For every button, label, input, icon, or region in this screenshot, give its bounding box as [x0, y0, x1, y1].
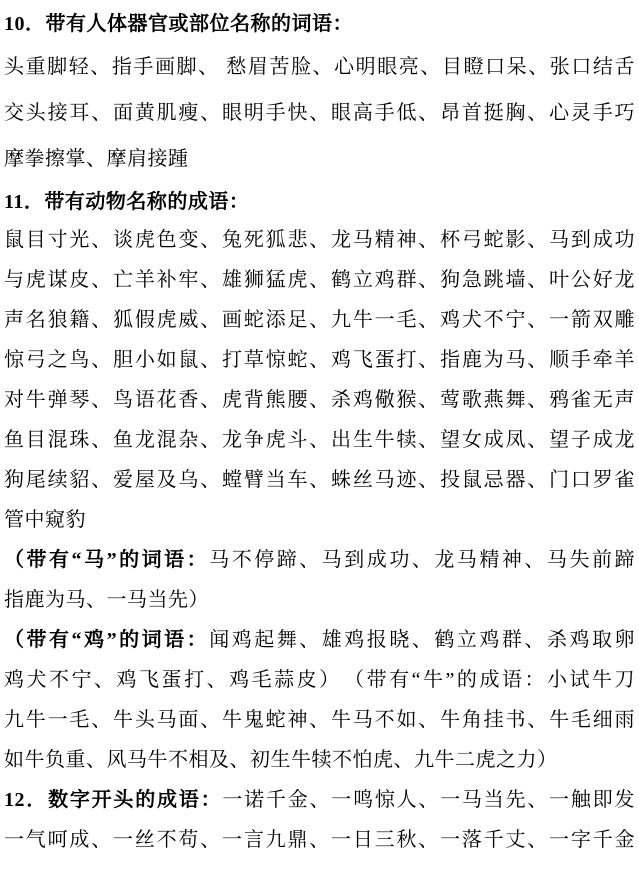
animal-idiom-line: 鼠目寸光、谈虎色变、兔死狐悲、龙马精神、杯弓蛇影、马到成功 — [4, 220, 635, 260]
body-parts-idiom-line: 摩拳擦掌、摩肩接踵 — [4, 136, 635, 182]
document-page: 10．带有人体器官或部位名称的词语： 头重脚轻、指手画脚、 愁眉苦脸、心明眼亮、… — [0, 0, 639, 870]
horse-idiom-line: 指鹿为马、一马当先） — [4, 580, 635, 620]
ox-idiom-line: 九牛一毛、牛头马面、牛鬼蛇神、牛马不如、牛角挂书、牛毛细雨 — [4, 700, 635, 740]
body-parts-idiom-line: 交头接耳、面黄肌瘦、眼明手快、眼高手低、昂首挺胸、心灵手巧 — [4, 90, 635, 136]
ox-idiom-line: 如牛负重、风马牛不相及、初生牛犊不怕虎、九牛二虎之力） — [4, 740, 635, 780]
animal-idiom-line: 鱼目混珠、鱼龙混杂、龙争虎斗、出生牛犊、望女成凤、望子成龙 — [4, 420, 635, 460]
horse-idiom-line: （带有“马”的词语：马不停蹄、马到成功、龙马精神、马失前蹄 — [4, 540, 635, 580]
section-12-heading: 12．数字开头的成语： — [4, 789, 222, 811]
horse-idioms-label: （带有“马”的词语： — [4, 549, 209, 571]
horse-idioms-text: 马不停蹄、马到成功、龙马精神、马失前蹄 — [209, 549, 635, 571]
animal-idiom-line: 惊弓之鸟、胆小如鼠、打草惊蛇、鸡飞蛋打、指鹿为马、顺手牵羊 — [4, 340, 635, 380]
body-parts-idiom-line: 头重脚轻、指手画脚、 愁眉苦脸、心明眼亮、目瞪口呆、张口结舌 — [4, 44, 635, 90]
chicken-idioms-label: （带有“鸡”的词语： — [4, 629, 209, 651]
animal-idiom-line: 管中窥豹 — [4, 500, 635, 540]
chicken-idioms-text: 闻鸡起舞、雄鸡报晓、鹤立鸡群、杀鸡取卵 — [209, 629, 635, 651]
section-12-line: 12．数字开头的成语：一诺千金、一鸣惊人、一马当先、一触即发 — [4, 780, 635, 820]
animal-idiom-line: 狗尾续貂、爱屋及乌、螳臂当车、蛛丝马迹、投鼠忌器、门口罗雀 — [4, 460, 635, 500]
section-11-heading: 11．带有动物名称的成语： — [4, 182, 635, 220]
animal-idiom-line: 对牛弹琴、鸟语花香、虎背熊腰、杀鸡儆猴、莺歌燕舞、鸦雀无声 — [4, 380, 635, 420]
number-idioms-text: 一诺千金、一鸣惊人、一马当先、一触即发 — [222, 789, 635, 811]
chicken-ox-idiom-line: 鸡犬不宁、鸡飞蛋打、鸡毛蒜皮） （带有“牛”的成语：小试牛刀 — [4, 660, 635, 700]
chicken-idiom-line: （带有“鸡”的词语：闻鸡起舞、雄鸡报晓、鹤立鸡群、杀鸡取卵 — [4, 620, 635, 660]
number-idiom-line: 一气呵成、一丝不苟、一言九鼎、一日三秋、一落千丈、一字千金 — [4, 820, 635, 860]
animal-idiom-line: 与虎谋皮、亡羊补牢、雄狮猛虎、鹤立鸡群、狗急跳墙、叶公好龙 — [4, 260, 635, 300]
animal-idiom-line: 声名狼籍、狐假虎威、画蛇添足、九牛一毛、鸡犬不宁、一箭双雕 — [4, 300, 635, 340]
section-10-heading: 10．带有人体器官或部位名称的词语： — [4, 8, 635, 44]
